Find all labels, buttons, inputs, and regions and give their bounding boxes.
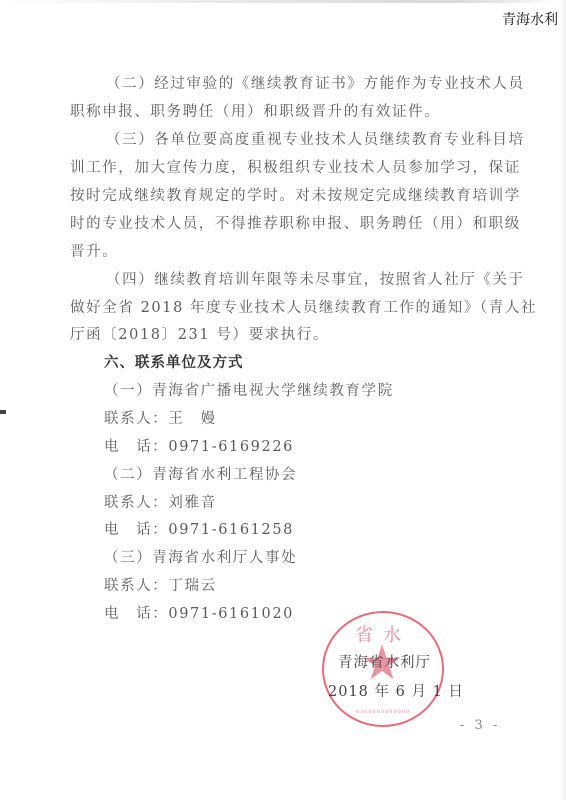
contact-2-unit: （二）青海省水利工程协会	[104, 463, 297, 484]
contact-3-person: 联系人：丁瑞云	[104, 574, 217, 595]
para-3-line-4: 时的专业技术人员，不得推荐职称申报、职务聘任（用）和职级	[70, 212, 521, 233]
contact-3-unit: （三）青海省水利厅人事处	[104, 546, 297, 567]
signing-date: 2018 年 6 月 1 日	[328, 680, 464, 701]
para-4-line-3: 厅函〔2018〕231 号）要求执行。	[70, 323, 329, 344]
para-4-line-1: （四）继续教育培训年限等未尽事宜，按照省人社厅《关于	[106, 268, 525, 289]
scan-right-edge	[560, 0, 566, 800]
para-3-line-5: 晋升。	[70, 240, 118, 261]
contact-1-phone: 电 话：0971-6169226	[104, 435, 294, 456]
seal-code: 6300000000000	[348, 709, 418, 715]
binding-mark	[0, 410, 6, 414]
signing-organization: 青海省水利厅	[338, 651, 431, 672]
para-3-line-1: （三）各单位要高度重视专业技术人员继续教育专业科目培	[106, 128, 525, 149]
section-heading: 六、联系单位及方式	[104, 351, 244, 372]
contact-2-person: 联系人：刘雅音	[104, 491, 217, 512]
para-3-line-2: 训工作，加大宣传力度，积极组织专业技术人员参加学习，保证	[70, 156, 521, 177]
contact-3-phone: 电 话：0971-6161020	[104, 602, 294, 623]
contact-1-unit: （一）青海省广播电视大学继续教育学院	[104, 379, 394, 400]
page-number: - 3 -	[460, 718, 500, 733]
para-2-line-2: 职称申报、职务聘任（用）和职级晋升的有效证件。	[70, 100, 440, 121]
para-2-line-1: （二）经过审验的《继续教育证书》方能作为专业技术人员	[106, 72, 525, 93]
contact-2-phone: 电 话：0971-6161258	[104, 518, 294, 539]
scan-top-edge	[0, 0, 566, 3]
source-watermark: 青海水利	[502, 9, 558, 29]
para-4-line-2: 做好全省 2018 年度专业技术人员继续教育工作的通知》（青人社	[70, 296, 537, 317]
contact-1-person: 联系人：王 嫚	[104, 407, 217, 428]
para-3-line-3: 按时完成继续教育规定的学时。对未按规定完成继续教育培训学	[70, 184, 521, 205]
